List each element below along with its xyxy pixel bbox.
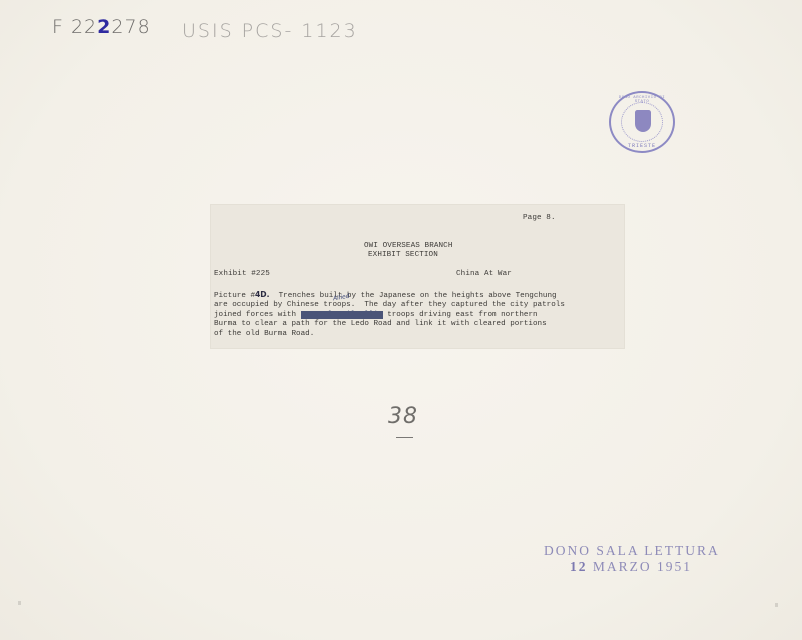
label-branch: OWI OVERSEAS BRANCH xyxy=(364,242,452,250)
date-stamp-day: 12 xyxy=(570,559,588,574)
label-page: Page 8. xyxy=(523,214,556,222)
catalog-id-annotation: F 222278 xyxy=(52,16,151,38)
date-stamp-line-1: DONO SALA LETTURA xyxy=(544,543,720,559)
handwritten-page-number: 38 xyxy=(388,404,418,429)
caption-text-3a: joined forces with xyxy=(214,311,296,319)
typed-caption-label: Page 8. OWI OVERSEAS BRANCH EXHIBIT SECT… xyxy=(211,205,624,348)
date-stamp-month-year: MARZO 1951 xyxy=(593,559,692,574)
label-series: China At War xyxy=(456,270,512,278)
caption-picture-label: Picture # xyxy=(214,292,255,300)
catalog-id-prefix: F 22 xyxy=(52,16,97,38)
caption-line-4: Burma to clear a path for the Ledo Road … xyxy=(214,320,624,329)
shield-emblem-icon xyxy=(635,110,651,132)
document-sheet: F 222278 USIS PCS- 1123 DONO ARCHIVIO DI… xyxy=(0,0,802,640)
label-exhibit: Exhibit #225 xyxy=(214,270,270,278)
caption-line-3: joined forces with General Stilwell's tr… xyxy=(214,311,624,320)
caption-line-2: are occupied by Chinese troops. The day … xyxy=(214,301,624,310)
corner-mark-left xyxy=(18,601,21,605)
page-number-underline xyxy=(396,437,413,438)
caption-text-1: Trenches built by the Japanese on the he… xyxy=(279,292,557,300)
archive-round-stamp: DONO ARCHIVIO DI STATO TRIESTE xyxy=(609,91,675,153)
stamp-ring-bottom-text: TRIESTE xyxy=(611,143,673,149)
catalog-id-suffix: 278 xyxy=(111,16,150,38)
corner-mark-right xyxy=(775,603,778,607)
picture-number-handwritten: 4D. xyxy=(255,290,269,299)
caption-text: Picture #4D. Trenches built by the Japan… xyxy=(214,290,624,339)
catalog-id-correction: 2 xyxy=(97,16,111,38)
caption-text-3b: troops driving east from northern xyxy=(387,311,537,319)
date-stamp-line-2: 12 MARZO 1951 xyxy=(570,559,692,575)
caption-line-1: Picture #4D. Trenches built by the Japan… xyxy=(214,290,624,301)
caption-line-5: of the old Burma Road. xyxy=(214,330,624,339)
usis-reference-annotation: USIS PCS- 1123 xyxy=(182,20,358,42)
struck-text: General Stilwell's xyxy=(301,311,383,319)
label-section: EXHIBIT SECTION xyxy=(368,251,438,259)
